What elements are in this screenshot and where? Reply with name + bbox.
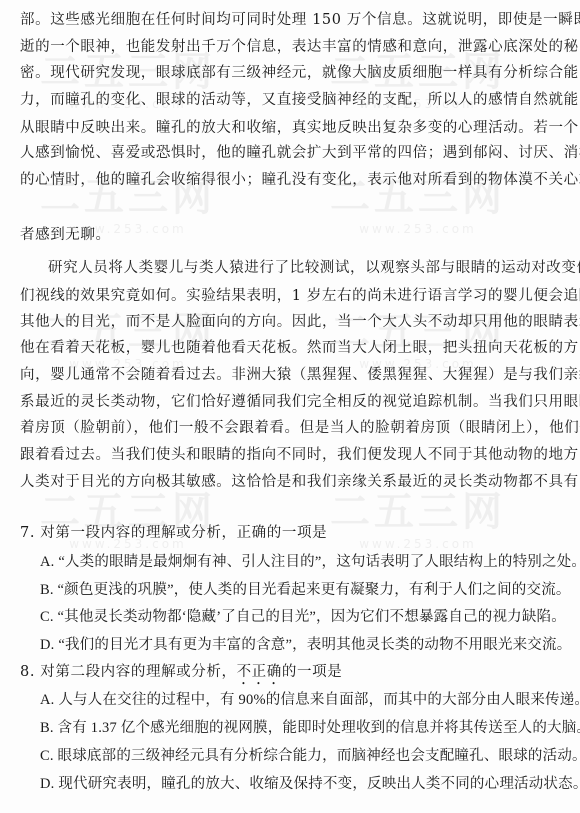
option-label: D. <box>40 776 55 792</box>
paragraph-line: 力，而瞳孔的变化、眼球的活动等，又直接受脑神经的支配，所以人的感情自然就能 <box>20 91 560 109</box>
option-d[interactable]: D. 现代研究表明，瞳孔的放大、收缩及保持不变，反映出人类不同的心理活动状态。 <box>40 775 560 793</box>
option-d[interactable]: D. “我们的目光才具有更为丰富的含意”，表明其他灵长类的动物不用眼光来交流。 <box>40 636 560 654</box>
option-text: “颜色更浅的巩膜”，使人类的目光看起来更有凝聚力，有利于人们之间的交流。 <box>58 582 571 598</box>
option-label: B. <box>40 582 54 598</box>
option-text: “其他灵长类动物都‘隐藏’了自己的目光”，因为它们不想暴露自己的视力缺陷。 <box>58 609 566 625</box>
paragraph-line: 研究人员将人类婴儿与类人猿进行了比较测试，以观察头部与眼睛的运动对改变他 <box>48 259 560 277</box>
option-a[interactable]: A. 人与人在交往的过程中，有 90%的信息来自面部，而其中的大部分由人眼来传递… <box>40 691 560 709</box>
option-label: A. <box>40 692 55 708</box>
paragraph-line: 们视线的效果究竟如何。实验结果表明，1 岁左右的尚未进行语言学习的婴儿便会追随 <box>20 287 560 305</box>
option-text: 眼球底部的三级神经元具有分析综合能力，而脑神经也会支配瞳孔、眼球的活动。 <box>58 748 580 764</box>
option-label: A. <box>40 554 55 570</box>
paragraph-line: 系最近的灵长类动物，它们恰好遵循同我们完全相反的视觉追踪机制。当我们只用眼睛盯 <box>20 393 560 411</box>
paragraph-line: 从眼睛中反映出来。瞳孔的放大和收缩，真实地反映出复杂多变的心理活动。若一个 <box>20 119 560 137</box>
paragraph-line: 其他人的目光，而不是人脸面向的方向。因此，当一个大人头不动却只用他的眼睛表示 <box>20 313 560 331</box>
paragraph-line: 部。这些感光细胞在任何时间均可同时处理 150 万个信息。这就说明，即使是一瞬即 <box>20 11 560 29</box>
option-text: “人类的眼睛是最炯炯有神、引人注目的”，这句话表明了人眼结构上的特别之处。 <box>58 554 580 570</box>
question-stem: 8. 对第二段内容的理解或分析，不正确的一项是 <box>20 663 560 688</box>
option-text: 人与人在交往的过程中，有 90%的信息来自面部，而其中的大部分由人眼来传递。 <box>58 692 580 708</box>
option-a[interactable]: A. “人类的眼睛是最炯炯有神、引人注目的”，这句话表明了人眼结构上的特别之处。 <box>40 553 560 571</box>
paragraph-line: 他在看着天花板，婴儿也随着他看天花板。然而当大人闭上眼，把头扭向天花板的方 <box>20 339 560 357</box>
question-number: 7. <box>20 525 35 541</box>
option-label: B. <box>40 720 54 736</box>
emphasis-text: 不正确 <box>237 664 282 680</box>
paragraph-line: 人类对于目光的方向极其敏感。这恰恰是和我们亲缘关系最近的灵长类动物都不具有的本领… <box>20 473 560 491</box>
option-c[interactable]: C. 眼球底部的三级神经元具有分析综合能力，而脑神经也会支配瞳孔、眼球的活动。 <box>40 747 560 765</box>
option-text: 现代研究表明，瞳孔的放大、收缩及保持不变，反映出人类不同的心理活动状态。 <box>58 776 580 792</box>
question-stem: 7. 对第一段内容的理解或分析，正确的一项是 <box>20 524 560 542</box>
option-label: C. <box>40 748 54 764</box>
option-b[interactable]: B. 含有 1.37 亿个感光细胞的视网膜，能即时处理收到的信息并将其传送至人的… <box>40 719 560 737</box>
paragraph-line: 跟着看过去。当我们使头和眼睛的指向不同时，我们便发现人不同于其他动物的地方了： <box>20 446 560 464</box>
question-number: 8. <box>20 664 35 680</box>
paragraph-line: 者感到无聊。 <box>20 226 560 244</box>
option-text: “我们的目光才具有更为丰富的含意”，表明其他灵长类的动物不用眼光来交流。 <box>58 637 571 653</box>
option-b[interactable]: B. “颜色更浅的巩膜”，使人类的目光看起来更有凝聚力，有利于人们之间的交流。 <box>40 581 560 599</box>
paragraph-line: 向，婴儿通常不会随着看过去。非洲大猿（黑猩猩、倭黑猩猩、大猩猩）是与我们亲缘关 <box>20 366 560 384</box>
option-label: C. <box>40 609 54 625</box>
option-label: D. <box>40 637 55 653</box>
paragraph-line: 人感到愉悦、喜爱或恐惧时，他的瞳孔就会扩大到平常的四倍；遇到郁闷、讨厌、消极 <box>20 144 560 162</box>
option-text: 含有 1.37 亿个感光细胞的视网膜，能即时处理收到的信息并将其传送至人的大脑。 <box>58 720 580 736</box>
question-text: 对第一段内容的理解或分析，正确的一项是 <box>40 525 327 541</box>
paragraph-line: 着房顶（脸朝前），他们一般不会跟着看。但是当人的脸朝着房顶（眼睛闭上），他们便会 <box>20 419 560 437</box>
paragraph-line: 的心情时，他的瞳孔会收缩得很小；瞳孔没有变化，表示他对所看到的物体漠不关心或 <box>20 171 560 189</box>
question-text: 对第二段内容的理解或分析， <box>40 664 236 680</box>
paragraph-line: 密。现代研究发现，眼球底部有三级神经元，就像大脑皮质细胞一样具有分析综合能 <box>20 64 560 82</box>
question-text-end: 的一项是 <box>282 664 342 680</box>
watermark-logo: 二五三网www.253.com <box>40 300 216 371</box>
paragraph-line: 逝的一个眼神，也能发射出千万个信息，表达丰富的情感和意向，泄露心底深处的秘 <box>20 38 560 56</box>
option-c[interactable]: C. “其他灵长类动物都‘隐藏’了自己的目光”，因为它们不想暴露自己的视力缺陷。 <box>40 608 560 626</box>
watermark-logo: 二五三网www.253.com <box>330 300 506 371</box>
